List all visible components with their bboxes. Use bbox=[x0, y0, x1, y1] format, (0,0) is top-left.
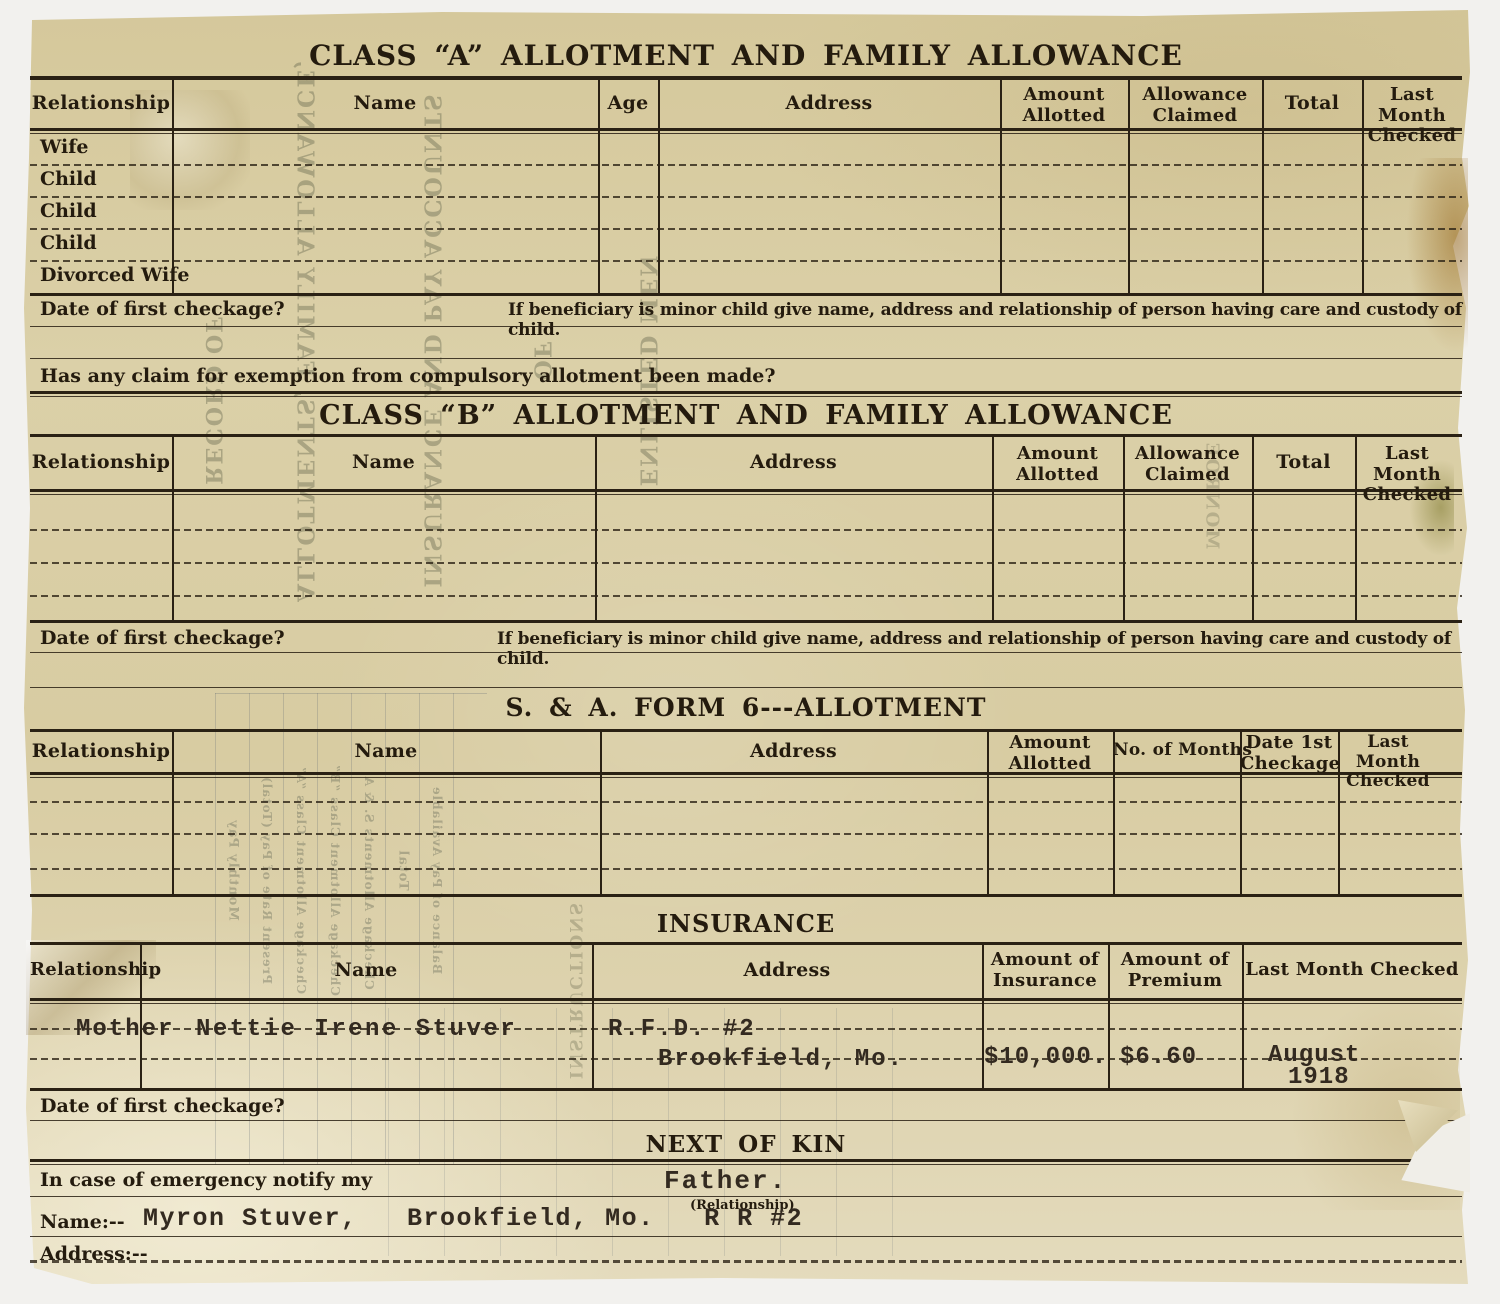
table-row-line bbox=[30, 228, 1462, 230]
insurance-address-line1: R.F.D. #2 bbox=[608, 1016, 756, 1043]
rule-line bbox=[30, 396, 1462, 397]
bleedthrough-text: ALLOTMENTS, FAMILY ALLOWANCE, bbox=[292, 58, 319, 602]
class-a-column-header: Name bbox=[172, 93, 598, 115]
table-row-line bbox=[30, 868, 1462, 870]
next-of-kin-relationship-value: Father. bbox=[664, 1166, 787, 1196]
table-border bbox=[30, 1088, 1462, 1091]
scanned-allotment-card: RECORD OF ALLOTMENTS, FAMILY ALLOWANCE, … bbox=[0, 0, 1500, 1304]
rule-line bbox=[30, 1236, 1462, 1237]
insurance-name-value: Nettie Irene Stuver bbox=[196, 1016, 517, 1043]
table-row-line bbox=[30, 562, 1462, 564]
form6-column-header: Name bbox=[172, 741, 600, 763]
table-border bbox=[30, 942, 1462, 945]
class-a-title: CLASS “A” ALLOTMENT AND FAMILY ALLOWANCE bbox=[30, 40, 1462, 72]
name-label: Name:-- bbox=[40, 1212, 125, 1234]
class-b-column-header: Total bbox=[1252, 452, 1355, 474]
exemption-question: Has any claim for exemption from compuls… bbox=[40, 366, 776, 388]
insurance-checkage-label: Date of first checkage? bbox=[40, 1096, 285, 1118]
class-a-column-header: Address bbox=[658, 93, 1000, 115]
insurance-amount-value: $10,000. bbox=[984, 1044, 1107, 1071]
table-row-line bbox=[30, 801, 1462, 803]
insurance-relationship-value: Mother bbox=[76, 1016, 174, 1043]
class-a-minor-note: If beneficiary is minor child give name,… bbox=[508, 301, 1464, 340]
class-b-minor-note: If beneficiary is minor child give name,… bbox=[497, 630, 1462, 669]
table-row-line bbox=[30, 260, 1462, 262]
class-b-checkage-label: Date of first checkage? bbox=[40, 628, 285, 650]
class-b-column-header: Allowance Claimed bbox=[1123, 444, 1252, 485]
table-border bbox=[30, 894, 1462, 897]
table-header-underline bbox=[30, 128, 1462, 134]
class-a-row-label: Wife bbox=[40, 137, 88, 159]
form6-title: S. & A. FORM 6---ALLOTMENT bbox=[30, 694, 1462, 723]
bleedthrough-grid-label: Balance of Pay Available bbox=[430, 786, 444, 974]
bleedthrough-grid-label: Total bbox=[396, 849, 411, 890]
form6-column-header: Address bbox=[600, 741, 987, 763]
table-row-line bbox=[30, 529, 1462, 531]
insurance-column-header: Relationship bbox=[30, 960, 140, 981]
class-a-row-label: Child bbox=[40, 201, 97, 223]
insurance-premium-value: $6.60 bbox=[1120, 1044, 1197, 1071]
class-a-row-label: Child bbox=[40, 233, 97, 255]
form6-column-header: Relationship bbox=[30, 741, 172, 763]
table-border bbox=[30, 620, 1462, 623]
rule-line bbox=[30, 358, 1462, 359]
insurance-title: INSURANCE bbox=[30, 910, 1462, 938]
bleedthrough-grid-label: Checkage Allotments S. & A. bbox=[362, 770, 376, 989]
table-border bbox=[30, 76, 1462, 80]
table-border bbox=[30, 434, 1462, 437]
table-row-line bbox=[30, 196, 1462, 198]
notify-label: In case of emergency notify my bbox=[40, 1170, 372, 1192]
table-border bbox=[30, 293, 1462, 296]
table-header-underline bbox=[30, 998, 1462, 1004]
rule-line bbox=[30, 1196, 1462, 1197]
bleedthrough-text: INSURANCE AND PAY ACCOUNTS bbox=[419, 92, 446, 587]
insurance-column-header: Name bbox=[140, 960, 592, 982]
rule-line bbox=[30, 326, 1462, 327]
class-a-column-header: Amount Allotted bbox=[1000, 85, 1128, 126]
rule-line bbox=[30, 652, 1462, 653]
class-a-column-header: Age bbox=[598, 93, 658, 115]
class-b-column-header: Amount Allotted bbox=[992, 444, 1123, 485]
class-b-column-header: Address bbox=[595, 452, 992, 474]
insurance-column-header: Address bbox=[592, 960, 982, 982]
rule-line-thick bbox=[30, 1159, 1462, 1165]
insurance-last-month-line2: 1918 bbox=[1288, 1064, 1350, 1091]
class-b-column-header: Relationship bbox=[30, 452, 172, 474]
rule-line bbox=[30, 1120, 1462, 1121]
next-of-kin-title: NEXT OF KIN bbox=[30, 1132, 1462, 1158]
rule-line-thick bbox=[30, 391, 1462, 394]
class-b-column-header: Name bbox=[172, 452, 595, 474]
class-a-column-header: Allowance Claimed bbox=[1128, 85, 1262, 126]
form6-column-header: Date 1st Checkage bbox=[1240, 733, 1338, 774]
class-a-checkage-label: Date of first checkage? bbox=[40, 299, 285, 321]
insurance-column-header: Amount of Insurance bbox=[982, 950, 1108, 991]
next-of-kin-name-value: Myron Stuver, Brookfield, Mo. R R #2 bbox=[143, 1204, 803, 1233]
class-a-column-header: Last Month Checked bbox=[1358, 85, 1466, 147]
form6-column-header: No. of Months bbox=[1113, 741, 1240, 761]
table-row-line bbox=[30, 833, 1462, 835]
rule-line bbox=[30, 1260, 1462, 1263]
class-b-title: CLASS “B” ALLOTMENT AND FAMILY ALLOWANCE bbox=[30, 400, 1462, 431]
insurance-column-header: Last Month Checked bbox=[1242, 960, 1462, 981]
table-row-line bbox=[30, 164, 1462, 166]
class-b-column-header: Last Month Checked bbox=[1352, 444, 1462, 506]
class-a-column-header: Total bbox=[1262, 93, 1362, 115]
insurance-column-header: Amount of Premium bbox=[1108, 950, 1242, 991]
insurance-address-line2: Brookfield, Mo. bbox=[658, 1046, 904, 1073]
class-a-row-label: Divorced Wife bbox=[40, 265, 189, 287]
class-a-column-header: Relationship bbox=[30, 93, 172, 115]
form6-column-header: Amount Allotted bbox=[987, 733, 1113, 774]
table-row-line bbox=[30, 595, 1462, 597]
form6-column-header: Last Month Checked bbox=[1336, 733, 1440, 792]
table-header-underline bbox=[30, 489, 1462, 495]
rule-line bbox=[30, 687, 1462, 688]
bleedthrough-grid-label: Present Rate of Pay (Total) bbox=[260, 776, 274, 984]
class-a-row-label: Child bbox=[40, 169, 97, 191]
